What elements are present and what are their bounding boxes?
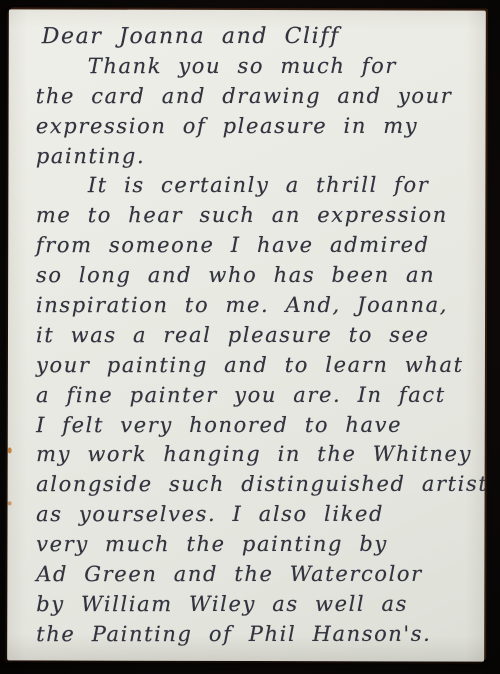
letter-salutation: Dear Joanna and Cliff — [36, 22, 479, 52]
letter-line: from someone I have admired — [36, 231, 479, 261]
letter-line: me to hear such an expression — [36, 201, 479, 231]
letter-line: very much the painting by — [36, 530, 479, 560]
letter-line: it was a real pleasure to see — [36, 321, 479, 351]
letter-line: Ad Green and the Watercolor — [36, 560, 479, 590]
letter-line: by William Wiley as well as — [36, 590, 479, 620]
letter-line: inspiration to me. And, Joanna, — [36, 291, 479, 321]
letter-line: my work hanging in the Whitney — [36, 440, 479, 470]
letter-line: alongside such distinguished artists — [36, 470, 479, 500]
letter-line: Thank you so much for — [36, 52, 479, 82]
scan-background: Dear Joanna and Cliff Thank you so much … — [0, 0, 500, 674]
letter-line: the card and drawing and your — [36, 82, 479, 112]
letter-paper: Dear Joanna and Cliff Thank you so much … — [7, 9, 486, 661]
letter-line: expression of pleasure in my — [36, 111, 479, 141]
letter-line: your painting and to learn what — [36, 351, 479, 381]
letter-line: as yourselves. I also liked — [36, 500, 479, 530]
letter-text: Dear Joanna and Cliff Thank you so much … — [8, 22, 486, 650]
letter-line: I felt very honored to have — [36, 410, 479, 440]
letter-line: painting. — [36, 141, 479, 171]
letter-line: the Painting of Phil Hanson's. — [36, 620, 479, 650]
letter-line: a fine painter you are. In fact — [36, 380, 479, 410]
letter-line: so long and who has been an — [36, 261, 479, 291]
letter-line: It is certainly a thrill for — [36, 171, 479, 201]
